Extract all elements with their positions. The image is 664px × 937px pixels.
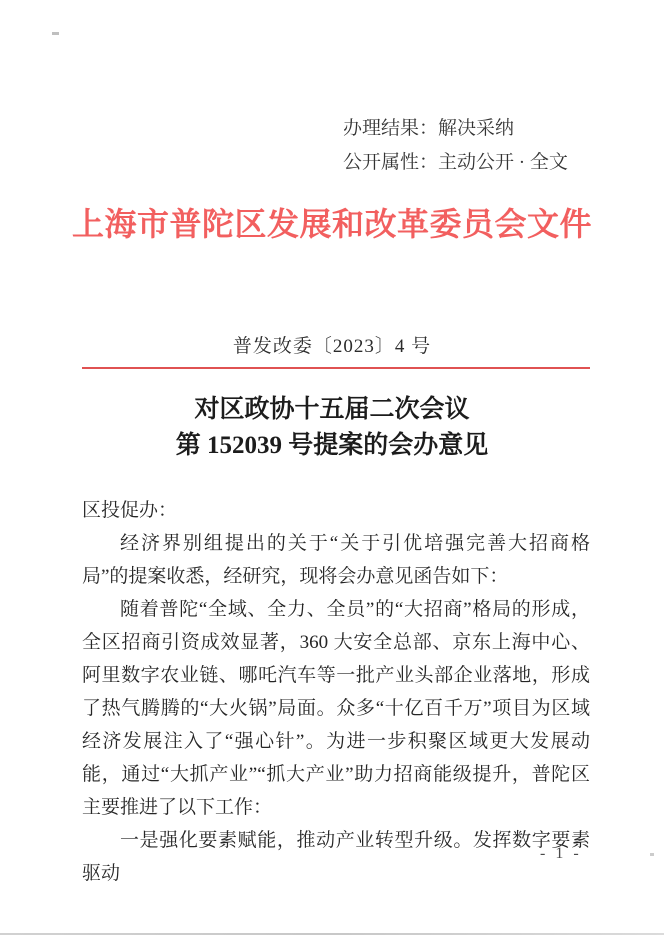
agency-masthead-title: 上海市普陀区发展和改革委员会文件 xyxy=(0,199,664,245)
scan-speck xyxy=(650,853,654,856)
body-paragraph: 一是强化要素赋能，推动产业转型升级。发挥数字要素驱动 xyxy=(82,824,590,890)
processing-result-line: 办理结果：解决采纳 xyxy=(343,112,568,146)
document-title: 对区政协十五届二次会议 第 152039 号提案的会办意见 xyxy=(0,392,664,464)
document-meta-block: 办理结果：解决采纳 公开属性：主动公开 · 全文 xyxy=(343,112,568,180)
document-body: 区投促办： 经济界别组提出的关于“关于引优培强完善大招商格局”的提案收悉，经研究… xyxy=(82,494,590,890)
scan-edge-shadow xyxy=(0,933,664,935)
body-paragraph: 随着普陀“全域、全力、全员”的“大招商”格局的形成，全区招商引资成效显著，360… xyxy=(82,593,590,824)
red-divider-line xyxy=(82,367,590,369)
scan-speck xyxy=(52,32,59,35)
processing-result-value: 解决采纳 xyxy=(438,118,514,139)
scanned-document-page: 办理结果：解决采纳 公开属性：主动公开 · 全文 上海市普陀区发展和改革委员会文… xyxy=(0,0,664,937)
disclosure-attribute-line: 公开属性：主动公开 · 全文 xyxy=(343,146,568,180)
disclosure-attribute-label: 公开属性： xyxy=(343,152,438,173)
body-salutation: 区投促办： xyxy=(82,494,590,527)
document-number: 普发改委〔2023〕4 号 xyxy=(0,331,664,358)
disclosure-attribute-value: 主动公开 · 全文 xyxy=(438,152,568,173)
document-title-line1: 对区政协十五届二次会议 xyxy=(0,392,664,428)
document-title-line2: 第 152039 号提案的会办意见 xyxy=(0,428,664,464)
page-number: - 1 - xyxy=(540,845,582,863)
processing-result-label: 办理结果： xyxy=(343,118,438,139)
body-paragraph: 经济界别组提出的关于“关于引优培强完善大招商格局”的提案收悉，经研究，现将会办意… xyxy=(82,527,590,593)
